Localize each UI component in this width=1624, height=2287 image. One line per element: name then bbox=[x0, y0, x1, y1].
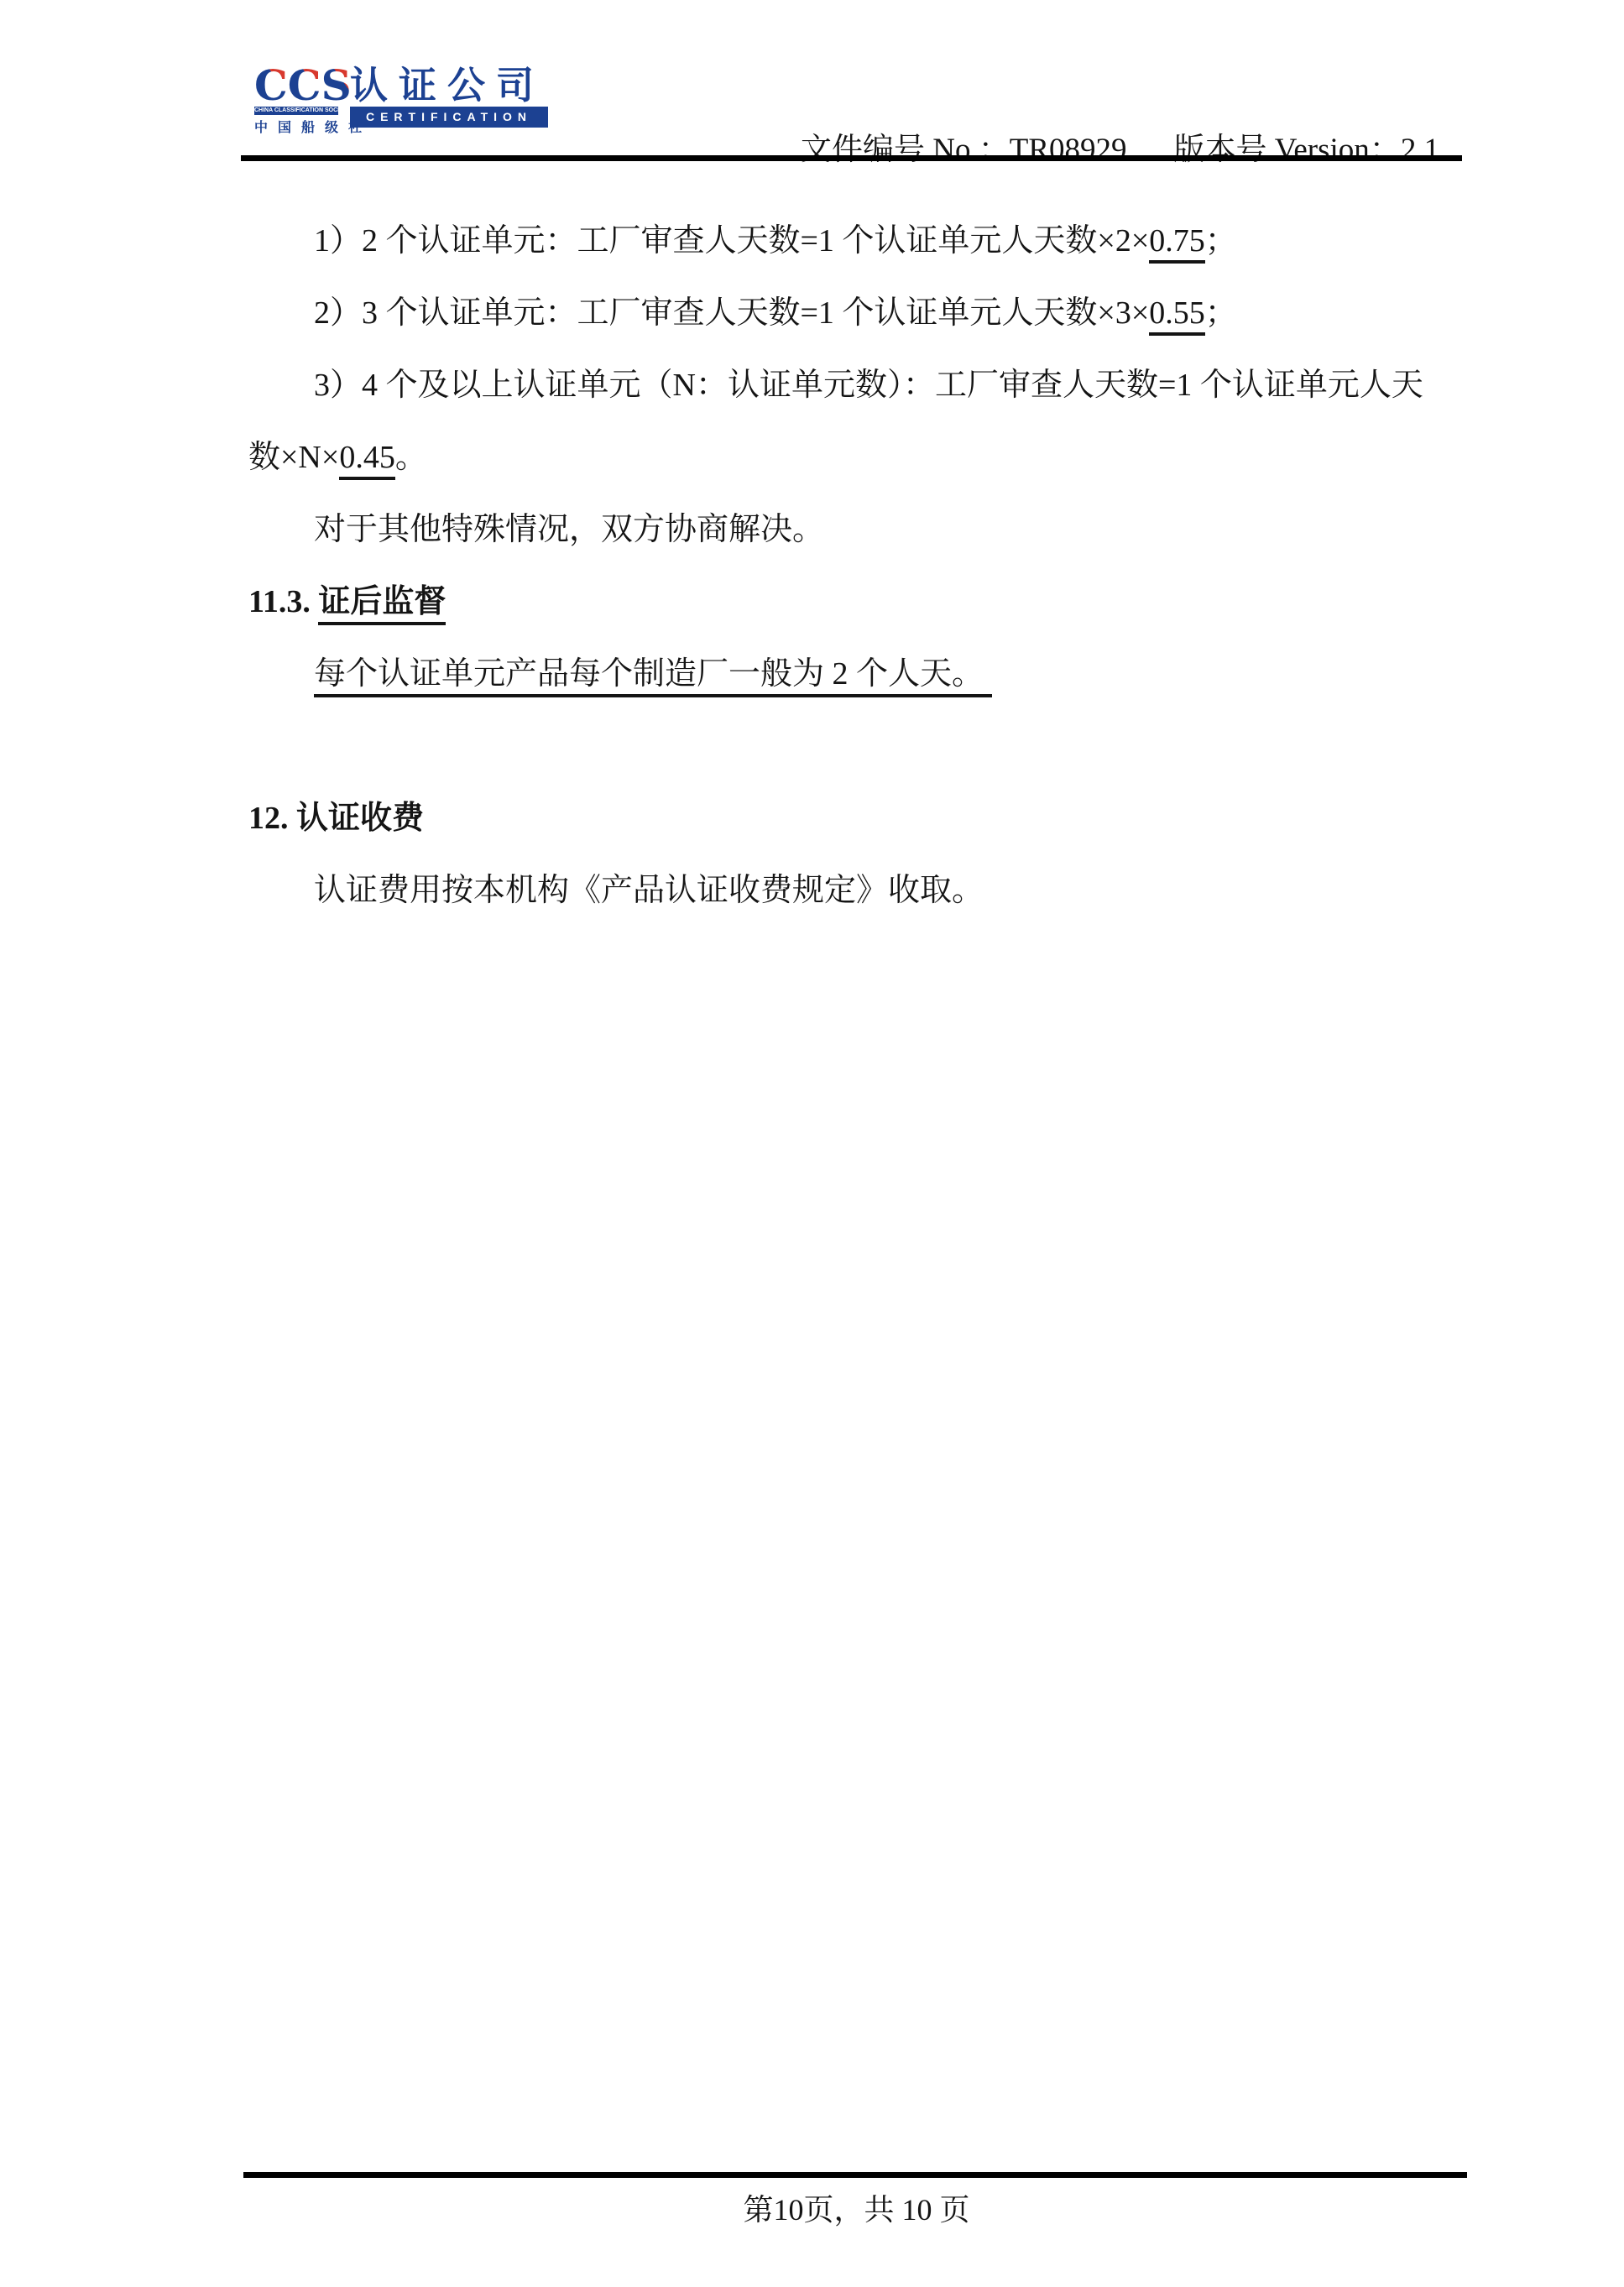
ccs-wordmark: CCS bbox=[254, 67, 338, 104]
blank-line bbox=[248, 710, 1465, 782]
body-line-6: 每个认证单元产品每个制造厂一般为 2 个人天。 bbox=[248, 638, 1465, 710]
logo-certification-bar: CERTIFICATION bbox=[350, 107, 548, 128]
ccs-letter: C bbox=[288, 60, 321, 110]
footer-divider bbox=[243, 2172, 1467, 2178]
underlined-value: 0.75 bbox=[1149, 223, 1205, 264]
page-number: 第10页，共 10 页 bbox=[248, 2180, 1465, 2239]
body-text: 3）4 个及以上认证单元（N：认证单元数）：工厂审查人天数=1 个认证单元人天 bbox=[314, 368, 1423, 403]
logo-company-name-cn: 认证公司 bbox=[350, 67, 548, 104]
ccs-letter: C bbox=[254, 60, 288, 110]
body-text: ； bbox=[1205, 295, 1237, 331]
body-line-2: 2）3 个认证单元：工厂审查人天数=1 个认证单元人天数×3×0.55； bbox=[248, 277, 1465, 349]
ccs-logo-left: CCS CHINA CLASSIFICATION SOCIETY 中 国 船 级… bbox=[254, 67, 338, 136]
ccs-logo: CCS CHINA CLASSIFICATION SOCIETY 中 国 船 级… bbox=[254, 67, 548, 136]
body-text: 认证费用按本机构《产品认证收费规定》收取。 bbox=[314, 873, 984, 908]
section-heading-12: 12. 认证收费 bbox=[248, 782, 1465, 854]
body-text: 对于其他特殊情况，双方协商解决。 bbox=[314, 512, 824, 547]
section-heading-11-3: 11.3. 证后监督 bbox=[248, 566, 1465, 638]
body-line-5: 对于其他特殊情况，双方协商解决。 bbox=[248, 493, 1465, 566]
underlined-value: 0.55 bbox=[1149, 295, 1205, 336]
doc-meta: 文件编号 No.：TR08929版本号 Version：2.1 bbox=[770, 87, 1439, 213]
heading-title: 证后监督 bbox=[318, 584, 446, 625]
body-text: 1）2 个认证单元：工厂审查人天数=1 个认证单元人天数×2× bbox=[314, 223, 1149, 258]
ccs-letter: S bbox=[321, 60, 352, 110]
body-text: 2）3 个认证单元：工厂审查人天数=1 个认证单元人天数×3× bbox=[314, 295, 1149, 331]
ccs-logo-right: 认证公司 CERTIFICATION bbox=[350, 67, 548, 128]
ccs-society-name-en: CHINA CLASSIFICATION SOCIETY bbox=[254, 107, 338, 115]
body-line-1: 1）2 个认证单元：工厂审查人天数=1 个认证单元人天数×2×0.75； bbox=[248, 205, 1465, 277]
body-text: 。 bbox=[395, 440, 427, 475]
ccs-society-name-cn: 中 国 船 级 社 bbox=[254, 117, 338, 136]
underlined-sentence: 每个认证单元产品每个制造厂一般为 2 个人天。 bbox=[314, 656, 992, 697]
header-divider bbox=[241, 155, 1462, 161]
heading-number: 12. bbox=[248, 801, 296, 836]
version-label: 版本号 Version： bbox=[1174, 133, 1401, 167]
doc-no-value: TR08929 bbox=[1010, 133, 1127, 167]
heading-number: 11.3. bbox=[248, 584, 318, 619]
body-line-7: 认证费用按本机构《产品认证收费规定》收取。 bbox=[248, 854, 1465, 927]
body-line-3: 3）4 个及以上认证单元（N：认证单元数）：工厂审查人天数=1 个认证单元人天 bbox=[248, 349, 1465, 421]
document-page: CCS CHINA CLASSIFICATION SOCIETY 中 国 船 级… bbox=[0, 0, 1624, 2287]
body-text: 数×N× bbox=[248, 440, 339, 475]
version-value: 2.1 bbox=[1401, 133, 1439, 167]
heading-title: 认证收费 bbox=[296, 801, 424, 836]
body-line-4: 数×N×0.45。 bbox=[248, 421, 1465, 493]
underlined-value: 0.45 bbox=[339, 440, 395, 480]
document-body: 1）2 个认证单元：工厂审查人天数=1 个认证单元人天数×2×0.75； 2）3… bbox=[248, 205, 1465, 927]
body-text: ； bbox=[1205, 223, 1237, 258]
doc-no-label: 文件编号 No.： bbox=[801, 133, 1010, 167]
